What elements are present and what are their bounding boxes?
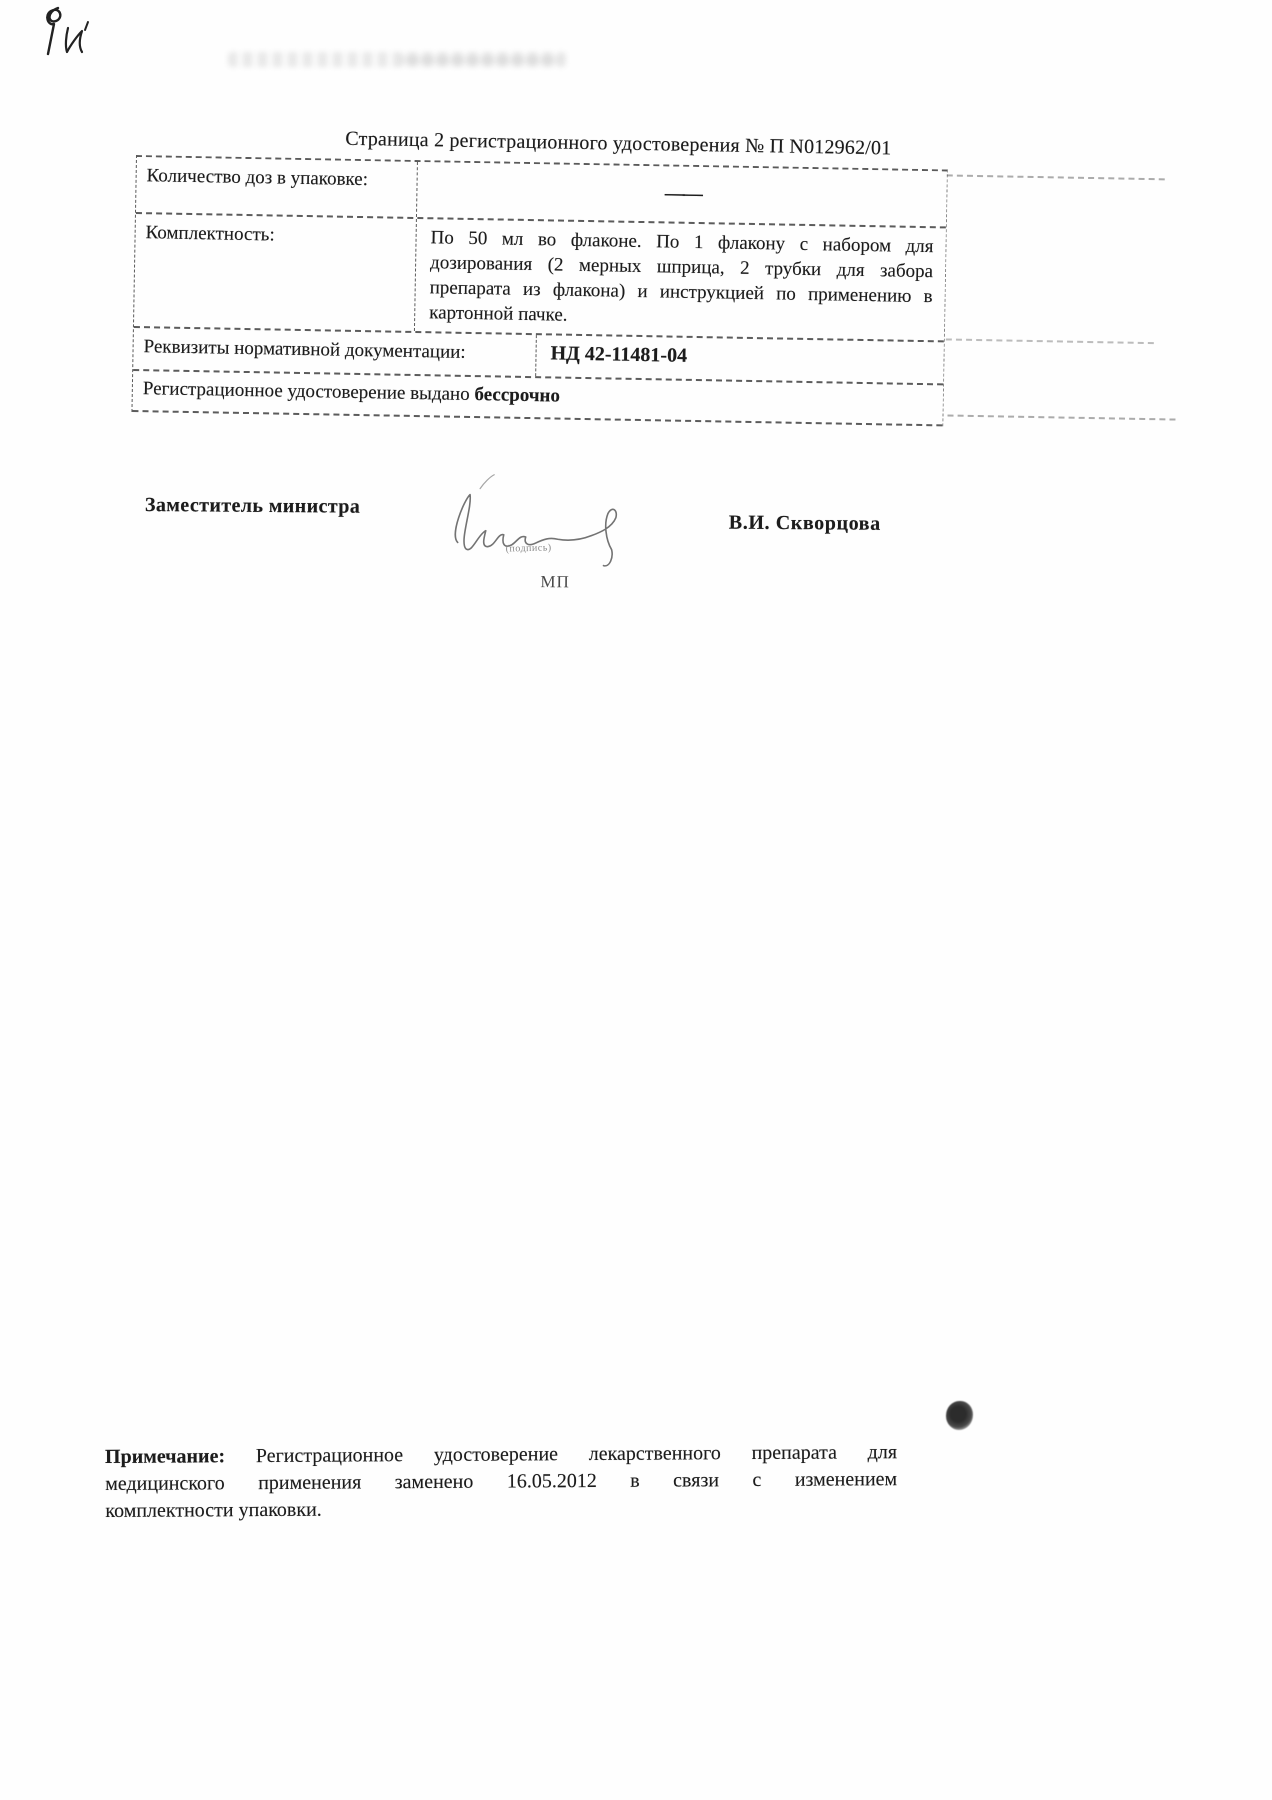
note-section: Примечание: Регистрационное удостоверени… xyxy=(0,0,1272,1800)
note-line: комплектности упаковки. xyxy=(105,1493,897,1525)
scanned-certificate-page: Страница 2 регистрационного удостоверени… xyxy=(0,0,1272,1800)
note-line1-rest: Регистрационное удостоверение лекарствен… xyxy=(256,1441,897,1467)
note-text: Примечание: Регистрационное удостоверени… xyxy=(105,1439,897,1525)
note-line: медицинского применения заменено 16.05.2… xyxy=(105,1466,897,1498)
note-prefix: Примечание: xyxy=(105,1445,225,1468)
